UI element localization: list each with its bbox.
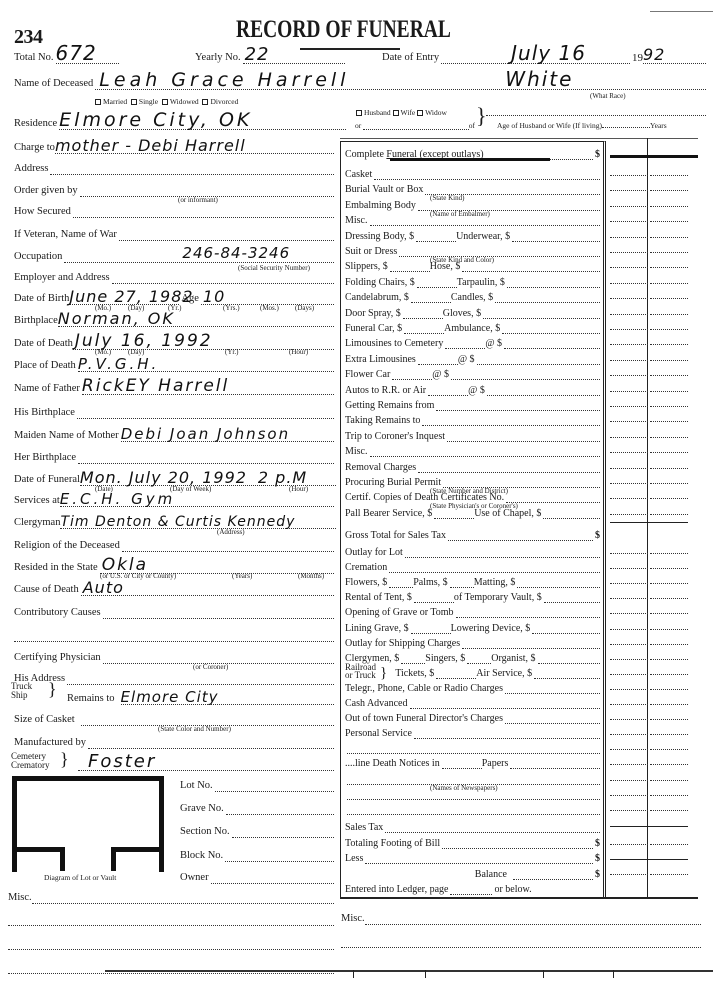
yearly-no-value: 22 [245,44,270,65]
amount-cell[interactable] [650,598,688,599]
grave-no-field[interactable]: Grave No. [180,799,334,815]
amount-cell[interactable] [610,375,648,376]
amount-cell[interactable] [650,468,688,469]
charge-row[interactable]: Rental of Tent, $of Temporary Vault, $ [345,590,600,603]
amount-cell[interactable] [610,175,648,176]
cemetery-field[interactable]: Foster [78,755,334,771]
veteran-field[interactable]: If Veteran, Name of War [14,225,334,241]
charge-row[interactable]: Opening of Grave or Tomb [345,605,600,618]
amount-cell[interactable] [650,237,688,238]
manufactured-by-field[interactable]: Manufactured by [14,733,334,749]
place-of-death-field[interactable]: Place of Death P.V.G.H. [14,356,334,372]
amount-cell[interactable] [610,391,648,392]
spouse-options: Husband Wife Widow [356,108,447,117]
bottom-rule [105,970,713,972]
right-misc-line2[interactable] [341,932,701,948]
amount-cell[interactable] [650,252,688,253]
amount-cell[interactable] [650,344,688,345]
amount-cell[interactable] [610,437,648,438]
remains-to-value: Elmore City [121,688,219,706]
total-no-value: 672 [56,41,97,65]
address-field[interactable]: Address [14,159,334,175]
amount-cell[interactable] [610,719,648,720]
amount-cell[interactable] [650,764,688,765]
residence-field[interactable]: Residence Elmore City, OK [14,114,346,130]
charge-row[interactable]: Autos to R.R. or Air@ $ [345,383,600,396]
amount-cell[interactable] [610,734,648,735]
cemetery-value: Foster [88,751,156,772]
cause-of-death-field[interactable]: Cause of Death Auto [14,580,334,596]
amount-cell[interactable] [650,719,688,720]
charge-row[interactable]: Out of town Funeral Director's Charges [345,711,600,724]
amount-cell[interactable] [650,267,688,268]
charge-row[interactable]: Misc. [345,213,600,226]
amount-cell[interactable] [650,314,688,315]
physician-field[interactable]: Certifying Physician [14,648,334,664]
owner-field[interactable]: Owner [180,868,334,884]
charge-row[interactable]: Cremation [345,560,600,573]
amount-cell[interactable] [610,629,648,630]
amount-cell[interactable] [610,764,648,765]
charge-row[interactable]: ....line Death Notices inPapers [345,756,600,769]
charge-row[interactable] [345,787,600,800]
amount-cell[interactable] [610,344,648,345]
checkbox-single[interactable]: Single [131,97,158,106]
contributory-causes-field[interactable]: Contributory Causes [14,603,334,619]
amount-cell[interactable] [610,498,648,499]
amount-cell[interactable] [650,283,688,284]
amount-cell[interactable] [650,780,688,781]
amount-cell[interactable] [610,314,648,315]
amount-cell[interactable] [610,749,648,750]
yearly-no-field[interactable]: Yearly No. 22 [195,48,345,64]
left-misc-field[interactable]: Misc. [8,888,334,904]
charge-row[interactable]: Railroador Truck}Tickets, $Air Service, … [345,666,600,679]
checkbox-married[interactable]: Married [95,97,127,106]
services-at-field[interactable]: Services at E.C.H. Gym [14,491,334,507]
charge-row[interactable] [345,741,600,754]
charge-gross-total[interactable]: Gross Total for Sales Tax $ [345,528,600,541]
amount-cell[interactable] [610,329,648,330]
charge-sales-tax[interactable]: Sales Tax [345,820,600,833]
amount-cell[interactable] [650,749,688,750]
amount-cell[interactable] [610,360,648,361]
charge-row[interactable]: Folding Chairs, $Tarpaulin, $ [345,275,600,288]
amount-cell[interactable] [650,298,688,299]
amount-cell[interactable] [650,221,688,222]
cause-of-death-value: Auto [83,578,124,597]
amount-cell[interactable] [650,659,688,660]
marital-status-options: Married Single Widowed Divorced [95,97,238,106]
charge-to-value: mother - Debi Harrell [55,136,246,155]
his-birthplace-field[interactable]: His Birthplace [14,403,334,419]
amount-cell[interactable] [650,190,688,191]
clergyman-value: Tim Denton & Curtis Kennedy [60,514,295,530]
charge-row[interactable]: Cash Advanced [345,696,600,709]
charge-row[interactable]: Slippers, $Hose, $ [345,259,600,272]
block-no-field[interactable]: Block No. [180,846,334,862]
amount-cell[interactable] [610,644,648,645]
lot-diagram [12,776,164,872]
name-of-deceased-value: Leah Grace Harrell [99,69,349,91]
charge-row[interactable]: Limousines to Cemetery@ $ [345,336,600,349]
charge-row[interactable]: Burial Vault or Box [345,182,600,195]
amount-cell[interactable] [650,568,688,569]
amount-cell[interactable] [610,267,648,268]
section-no-field[interactable]: Section No. [180,822,334,838]
amount-cell[interactable] [650,375,688,376]
amount-cell[interactable] [610,221,648,222]
charge-to-field[interactable]: Charge to mother - Debi Harrell [14,138,334,154]
truck-ship-label: TruckShip [11,682,32,700]
charge-row[interactable]: Telegr., Phone, Cable or Radio Charges [345,681,600,694]
charge-row[interactable] [345,802,600,815]
remains-to-field[interactable]: Remains to Elmore City [67,689,334,705]
clergyman-field[interactable]: Clergyman Tim Denton & Curtis Kennedy [14,513,336,529]
yearly-no-label: Yearly No. [195,52,241,64]
amount-cell[interactable] [610,190,648,191]
charge-row[interactable]: Misc. [345,444,600,457]
charge-row[interactable]: Taking Remains to [345,413,600,426]
checkbox-wife[interactable]: Wife [393,108,416,117]
charge-row[interactable]: Dressing Body, $Underwear, $ [345,229,600,242]
birthplace-field[interactable]: Birthplace Norman, OK [14,311,334,327]
charge-row[interactable]: Clergymen, $Singers, $Organist, $ [345,651,600,664]
charge-balance[interactable]: Balance $ [345,867,600,880]
amount-cell[interactable] [610,780,648,781]
charge-row[interactable]: Door Spray, $Gloves, $ [345,306,600,319]
amount-cell[interactable] [650,795,688,796]
date-of-entry-value: July 16 [511,41,586,65]
amount-cell[interactable] [650,406,688,407]
amount-cell[interactable] [650,437,688,438]
amount-cell[interactable] [650,810,688,811]
charge-row[interactable]: Personal Service [345,726,600,739]
amount-cell[interactable] [610,483,648,484]
amount-cell[interactable] [650,553,688,554]
father-field[interactable]: Name of Father RickEY Harrell [14,379,334,395]
amount-cell[interactable] [650,329,688,330]
amount-cell[interactable] [650,514,688,515]
name-of-deceased-field[interactable]: Name of Deceased Leah Grace Harrell Whit… [14,74,706,90]
ledger-entry[interactable]: Entered into Ledger, page or below. [345,882,600,895]
casket-size-field[interactable]: Size of Casket [14,710,334,726]
date-of-birth-field[interactable]: Date of Birth June 27, 1982 Age 10 [14,289,334,305]
charge-less[interactable]: Less $ [345,851,600,864]
left-misc-line3[interactable] [8,934,334,950]
amount-cell[interactable] [610,810,648,811]
diagram-caption: Diagram of Lot or Vault [44,873,116,882]
amount-cell[interactable] [650,644,688,645]
ssn-value: 246-84-3246 [182,244,290,262]
cemetery-label: CemeteryCrematory [11,752,50,770]
checkbox-divorced[interactable]: Divorced [202,97,238,106]
amount-cell[interactable] [650,704,688,705]
charge-row[interactable]: Outlay for Shipping Charges [345,636,600,649]
mother-maiden-field[interactable]: Maiden Name of Mother Debi Joan Johnson [14,426,334,442]
charge-row[interactable]: Extra Limousines@ $ [345,352,600,365]
amount-cell[interactable] [650,629,688,630]
date-of-entry-field[interactable]: Date of Entry July 16 [382,48,630,64]
amount-cell[interactable] [610,674,648,675]
right-misc-field[interactable]: Misc. [341,909,701,925]
amount-cell[interactable] [610,406,648,407]
amount-cell[interactable] [610,252,648,253]
race-hint: (What Race) [590,92,626,100]
services-at-value: E.C.H. Gym [60,490,175,508]
charge-row[interactable]: Funeral Car, $Ambulance, $ [345,321,600,334]
lot-no-field[interactable]: Lot No. [180,776,334,792]
amount-cell[interactable] [650,360,688,361]
amount-cell[interactable] [610,452,648,453]
name-of-deceased-label: Name of Deceased [14,78,93,90]
entry-year-field[interactable]: 19 92 [632,48,706,64]
place-of-death-value: P.V.G.H. [78,355,160,373]
charge-row[interactable]: Removal Charges [345,460,600,473]
her-birthplace-field[interactable]: Her Birthplace [14,448,334,464]
brace: } [476,105,487,127]
amount-cell[interactable] [650,689,688,690]
religion-field[interactable]: Religion of the Deceased [14,536,334,552]
total-no-label: Total No. [14,52,54,64]
date-of-entry-label: Date of Entry [382,52,439,64]
amount-cell[interactable] [650,583,688,584]
charge-row[interactable]: Outlay for Lot [345,545,600,558]
complete-funeral-amount[interactable] [610,155,698,158]
charge-row[interactable]: Getting Remains from [345,398,600,411]
amount-cell[interactable] [650,421,688,422]
charge-row[interactable]: Lining Grave, $Lowering Device, $ [345,621,600,634]
mother-maiden-value: Debi Joan Johnson [121,425,290,443]
amount-cell[interactable] [650,206,688,207]
page-number: 234 [14,26,43,49]
amount-cell[interactable] [610,553,648,554]
amount-cell[interactable] [610,704,648,705]
entry-year-prefix: 19 [632,52,643,64]
occupation-field[interactable]: Occupation 246-84-3246 [14,247,334,263]
charge-totaling-footing[interactable]: Totaling Footing of Bill $ [345,836,600,849]
checkbox-widowed[interactable]: Widowed [162,97,199,106]
amount-cell[interactable] [610,514,648,515]
amount-cell[interactable] [610,237,648,238]
checkbox-husband[interactable]: Husband [356,108,391,117]
amount-cell[interactable] [650,391,688,392]
amount-cell[interactable] [610,468,648,469]
total-no-field[interactable]: Total No. 672 [14,48,119,64]
birthplace-value: Norman, OK [58,309,175,328]
page-title: RECORD OF FUNERAL [236,16,451,44]
right-misc-line3[interactable] [341,955,701,971]
amount-cell[interactable] [610,598,648,599]
race-value: White [505,67,573,91]
order-given-by-field[interactable]: Order given by [14,181,334,197]
residence-label: Residence [14,118,57,130]
corner-rule [650,11,713,12]
spouse-age-field[interactable]: Age of Husband or Wife (If living)Years [497,121,667,130]
amount-cell[interactable] [650,734,688,735]
amount-cell[interactable] [610,689,648,690]
charge-row[interactable]: Candelabrum, $Candles, $ [345,290,600,303]
amount-cell[interactable] [650,452,688,453]
checkbox-widow[interactable]: Widow [417,108,447,117]
amount-cell[interactable] [650,613,688,614]
charge-row[interactable]: Casket [345,167,600,180]
amount-cell[interactable] [610,583,648,584]
amount-cell[interactable] [650,498,688,499]
charge-row[interactable]: Flower Car@ $ [345,367,600,380]
how-secured-field[interactable]: How Secured [14,202,334,218]
left-misc-line2[interactable] [8,910,334,926]
his-address-field[interactable]: His Address [14,669,334,685]
contributory-causes-line2[interactable] [14,626,334,642]
charge-row[interactable]: Trip to Coroner's Inquest [345,429,600,442]
amount-cell[interactable] [610,283,648,284]
entry-year-value: 92 [643,45,665,64]
amount-cell[interactable] [650,175,688,176]
amount-cell[interactable] [610,795,648,796]
amount-cell[interactable] [610,568,648,569]
date-of-funeral-field[interactable]: Date of Funeral Mon. July 20, 1992 2 p.M [14,470,336,486]
amount-cell[interactable] [610,659,648,660]
amount-cell[interactable] [650,674,688,675]
amount-cell[interactable] [610,298,648,299]
residence-value: Elmore City, OK [59,109,252,131]
father-value: RickEY Harrell [82,376,229,396]
spouse-or-of-field[interactable]: or of [355,118,475,130]
employer-field[interactable]: Employer and Address [14,268,334,284]
amount-cell[interactable] [610,613,648,614]
amount-cell[interactable] [610,206,648,207]
amount-cell[interactable] [650,483,688,484]
charge-row[interactable]: Pall Bearer Service, $Use of Chapel, $ [345,506,600,519]
amount-cell[interactable] [610,421,648,422]
charge-row[interactable]: Flowers, $Palms, $Matting, $ [345,575,600,588]
